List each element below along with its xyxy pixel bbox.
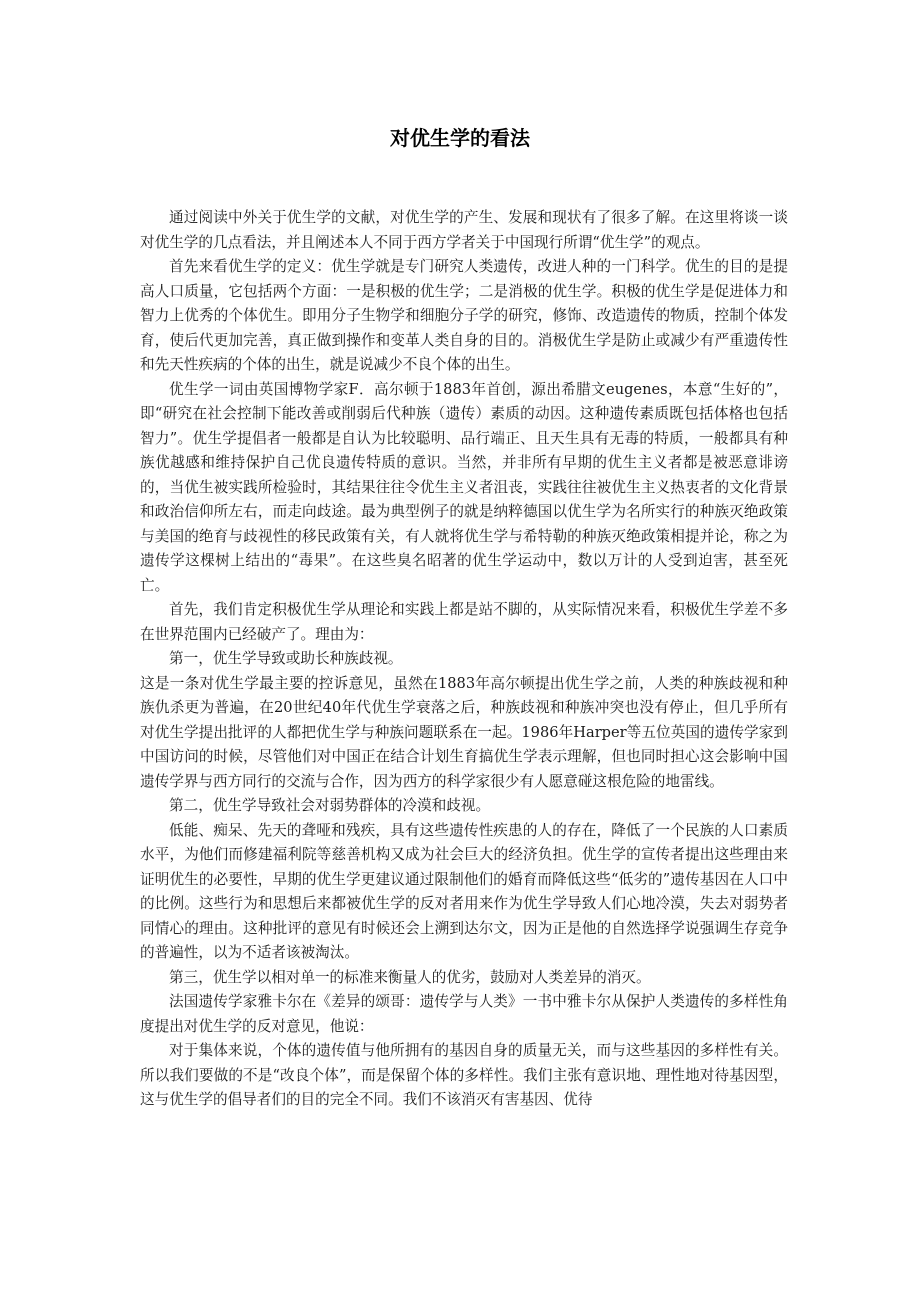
paragraph-reason-1-body: 这是一条对优生学最主要的控诉意见，虽然在1883年高尔顿提出优生学之前，人类的种… [140,672,788,795]
paragraph-jacquard-intro: 法国遗传学家雅卡尔在《差异的颂哥：遗传学与人类》一书中雅卡尔从保护人类遗传的多样… [140,990,788,1039]
paragraph-reason-3-heading: 第三，优生学以相对单一的标准来衡量人的优劣，鼓励对人类差异的消灭。 [140,966,788,991]
document-title: 对优生学的看法 [0,122,920,151]
paragraph-history: 优生学一词由英国博物学家F．高尔顿于1883年首创，源出希腊文eugenes，本… [140,378,788,599]
document-body: 通过阅读中外关于优生学的文献，对优生学的产生、发展和现状有了很多了解。在这里将谈… [140,206,788,1113]
paragraph-reason-2-heading: 第二，优生学导致社会对弱势群体的冷漠和歧视。 [140,794,788,819]
paragraph-jacquard-quote: 对于集体来说，个体的遗传值与他所拥有的基因自身的质量无关，而与这些基因的多样性有… [140,1039,788,1113]
document-page: 对优生学的看法 通过阅读中外关于优生学的文献，对优生学的产生、发展和现状有了很多… [0,0,920,1302]
paragraph-intro: 通过阅读中外关于优生学的文献，对优生学的产生、发展和现状有了很多了解。在这里将谈… [140,206,788,255]
paragraph-positive-eugenics: 首先，我们肯定积极优生学从理论和实践上都是站不脚的，从实际情况来看，积极优生学差… [140,598,788,647]
paragraph-reason-2-body: 低能、痴呆、先天的聋哑和残疾，具有这些遗传性疾患的人的存在，降低了一个民族的人口… [140,819,788,966]
paragraph-reason-1-heading: 第一，优生学导致或助长种族歧视。 [140,647,788,672]
paragraph-definition: 首先来看优生学的定义：优生学就是专门研究人类遗传，改进人种的一门科学。优生的目的… [140,255,788,378]
